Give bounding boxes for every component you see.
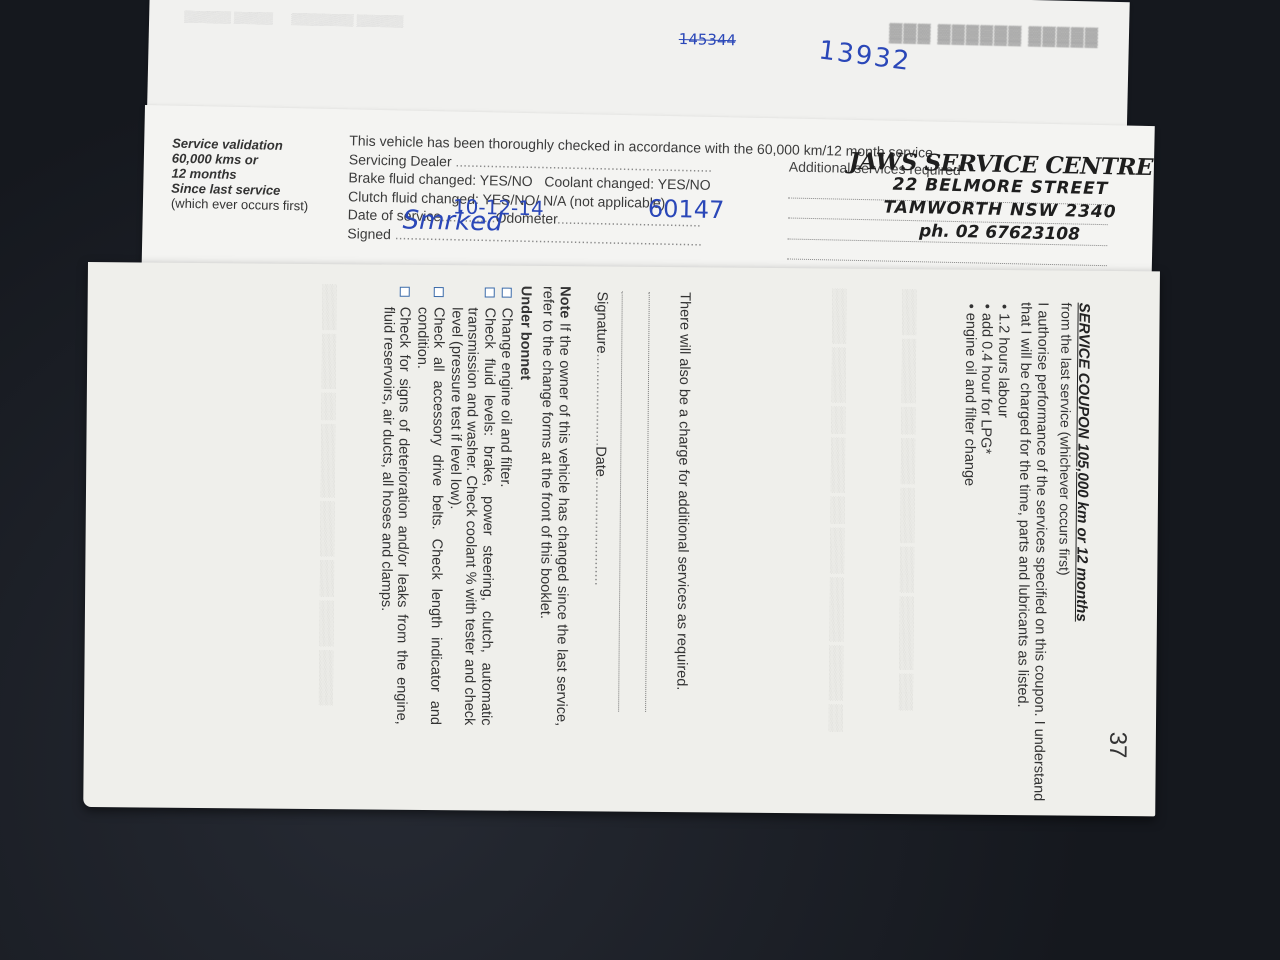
signed-label: Signed <box>347 225 391 242</box>
booklet-page: ▒▒▒▒▒ ▒▒▒▒▒▒▒ ▒▒▒ ▒▒▒▒▒ ▒▒▒▒▒▒ ▒▒▒▒▒ ▒▒▒… <box>83 262 1160 816</box>
crossed-out-odometer: 145344 <box>679 30 737 49</box>
charge-text: There will also be a charge for addition… <box>672 292 692 732</box>
signature-label: Signature <box>594 291 611 353</box>
dealer-stamp: JAWS SERVICE CENTRE 22 BELMORE STREET TA… <box>847 150 1153 248</box>
validation-form: This vehicle has been thoroughly checked… <box>347 131 809 252</box>
page-number: 37 <box>1103 732 1131 759</box>
coupon-items: 1.2 hours labour add 0.4 hour for LPG* e… <box>958 302 1012 802</box>
bleed-through-text: ▒▒▒▒▒▒ ▒▒▒▒▒▒ ▒▒▒ ▒▒▒▒▒▒ ▒▒▒ ▒▒▒▒▒ ▒▒▒▒▒… <box>829 289 848 732</box>
coupon-title: SERVICE COUPON 105,000 km or 12 months <box>1071 303 1093 803</box>
handwritten-signature: Smrked <box>402 211 502 232</box>
additional-charges: There will also be a charge for addition… <box>590 291 693 732</box>
date-label: Date <box>593 446 609 477</box>
section-heading: Under bonnet <box>513 286 533 726</box>
validation-label: Service validation 60,000 kms or 12 mont… <box>171 136 310 214</box>
checklist-item: Check all accessory drive belts. Check l… <box>410 307 447 725</box>
brake-fluid-field: Brake fluid changed: YES/NO <box>348 169 532 189</box>
checklist-item: Check for signs of deterioration and/or … <box>376 307 413 725</box>
coolant-field: Coolant changed: YES/NO <box>544 173 711 192</box>
blank-line <box>619 292 650 712</box>
faded-stamp: ▓▓▓ ▓▓▓▓▓▓ ▓▓▓▓▓ <box>889 22 1099 48</box>
servicing-dealer-label: Servicing Dealer <box>349 151 452 169</box>
owner-note: Note If the owner of this vehicle has ch… <box>536 286 573 726</box>
blank-line <box>646 292 677 712</box>
checklist-item: Check fluid levels: brake, power steerin… <box>444 307 497 725</box>
under-bonnet-section: Note If the owner of this vehicle has ch… <box>375 285 572 727</box>
bleed-through-text: ▒▒▒▒▒ ▒▒▒▒▒▒ ▒▒▒ ▒▒▒▒▒▒▒▒ ▒▒▒▒▒▒ ▒▒▒▒ ▒▒… <box>319 284 338 705</box>
service-coupon: SERVICE COUPON 105,000 km or 12 months f… <box>958 302 1093 803</box>
bleed-through-text: ▒▒▒▒▒ ▒▒▒▒▒▒▒ ▒▒▒ ▒▒▒▒▒ ▒▒▒▒▒▒ ▒▒▒▒▒ ▒▒▒… <box>899 289 918 710</box>
authorisation-text: I authorise performance of the services … <box>1013 302 1050 802</box>
handwritten-odometer-reading: 60147 <box>648 200 725 220</box>
checklist-item: Change engine oil and filter. <box>495 308 515 726</box>
bleed-through-text: ▒▒▒▒▒▒ ▒▒▒▒▒ ▒▒▒▒▒▒▒▒ ▒▒▒▒▒▒ <box>184 11 404 28</box>
